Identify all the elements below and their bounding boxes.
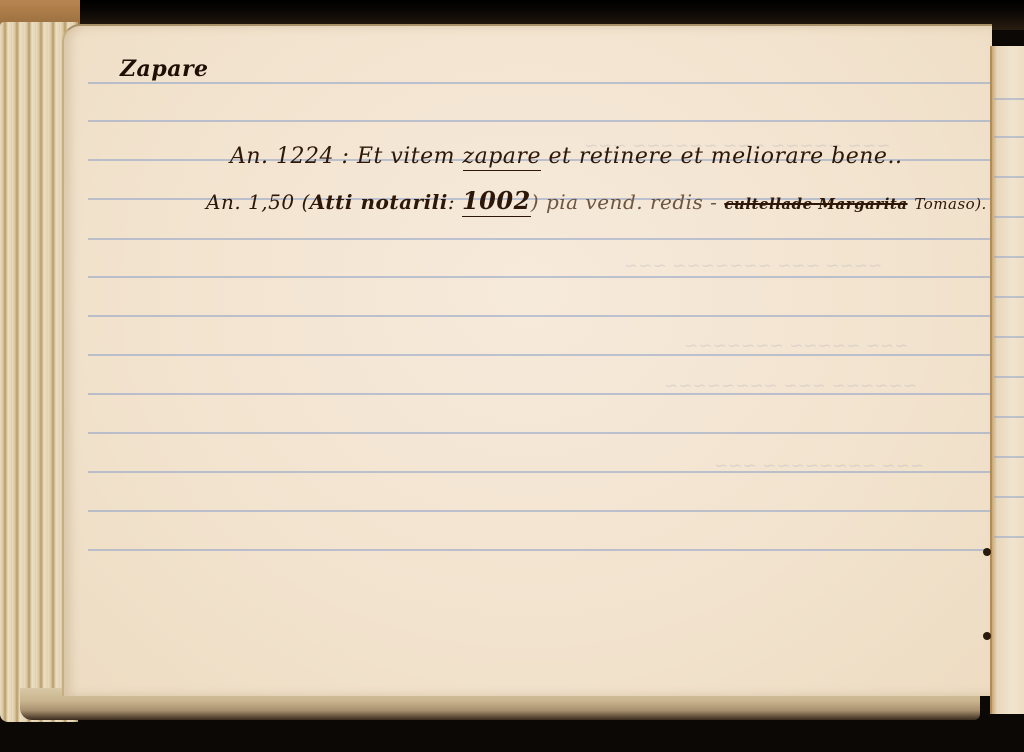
entry-2-text-b: ) pia vend. redis - [531, 190, 725, 214]
entry-2-close: Tomaso). [914, 195, 986, 213]
ruled-line [994, 176, 1024, 178]
ruled-line [994, 296, 1024, 298]
entry-2-number: 1002 [462, 186, 531, 217]
ruled-line [994, 98, 1024, 100]
entry-2-source: Atti notarili [310, 190, 448, 214]
ruled-line [88, 432, 992, 434]
bleed-through-text: ~~~~ ~~~ ~~~~~~~ ~~~ [624, 256, 882, 276]
entry-1-text-a: Et vitem [357, 144, 463, 169]
entry-2-open-paren: ( [301, 190, 309, 214]
ruled-line [88, 238, 992, 240]
binding-hole [983, 548, 991, 556]
ruled-line [994, 416, 1024, 418]
entry-1-year: An. 1224 : [230, 144, 349, 169]
entry-line-1: An. 1224 : Et vitem zapare et retinere e… [230, 144, 902, 169]
ruled-line [994, 496, 1024, 498]
ruled-line [994, 536, 1024, 538]
ruled-line [88, 276, 992, 278]
ruled-line [994, 256, 1024, 258]
entry-2-struck-text: cultellade Margarita [724, 195, 907, 213]
ruled-line [994, 376, 1024, 378]
ruled-line [994, 216, 1024, 218]
ruled-line [88, 120, 992, 122]
bleed-through-text: ~~~ ~~~~~ ~~~~~~~ [684, 336, 908, 356]
ruled-line [88, 549, 992, 551]
entry-1-underlined-word: zapare [463, 144, 541, 171]
ruled-line [994, 336, 1024, 338]
entry-1-text-b: et retinere et meliorare bene.. [541, 144, 902, 169]
ruled-line [88, 510, 992, 512]
bleed-through-text: ~~~ ~~~~~~~~ ~~~ [714, 456, 924, 476]
ruled-line [994, 456, 1024, 458]
entry-line-2: An. 1,50 (Atti notarili: 1002) pia vend.… [206, 186, 987, 215]
entry-2-year: An. 1,50 [206, 190, 295, 214]
notebook-page: ~~~ ~~~~~ ~~~ ~~~~~~ ~~~ ~~~~ ~~~ ~~~~~~… [62, 24, 992, 696]
ruled-line [88, 82, 992, 84]
facing-page-edge [990, 46, 1024, 714]
binding-hole [983, 632, 991, 640]
page-heading: Zapare [120, 56, 209, 82]
ruled-line [994, 136, 1024, 138]
ruled-line [88, 315, 992, 317]
bleed-through-text: ~~~~~~ ~~~ ~~~~~~~~ [664, 376, 917, 396]
